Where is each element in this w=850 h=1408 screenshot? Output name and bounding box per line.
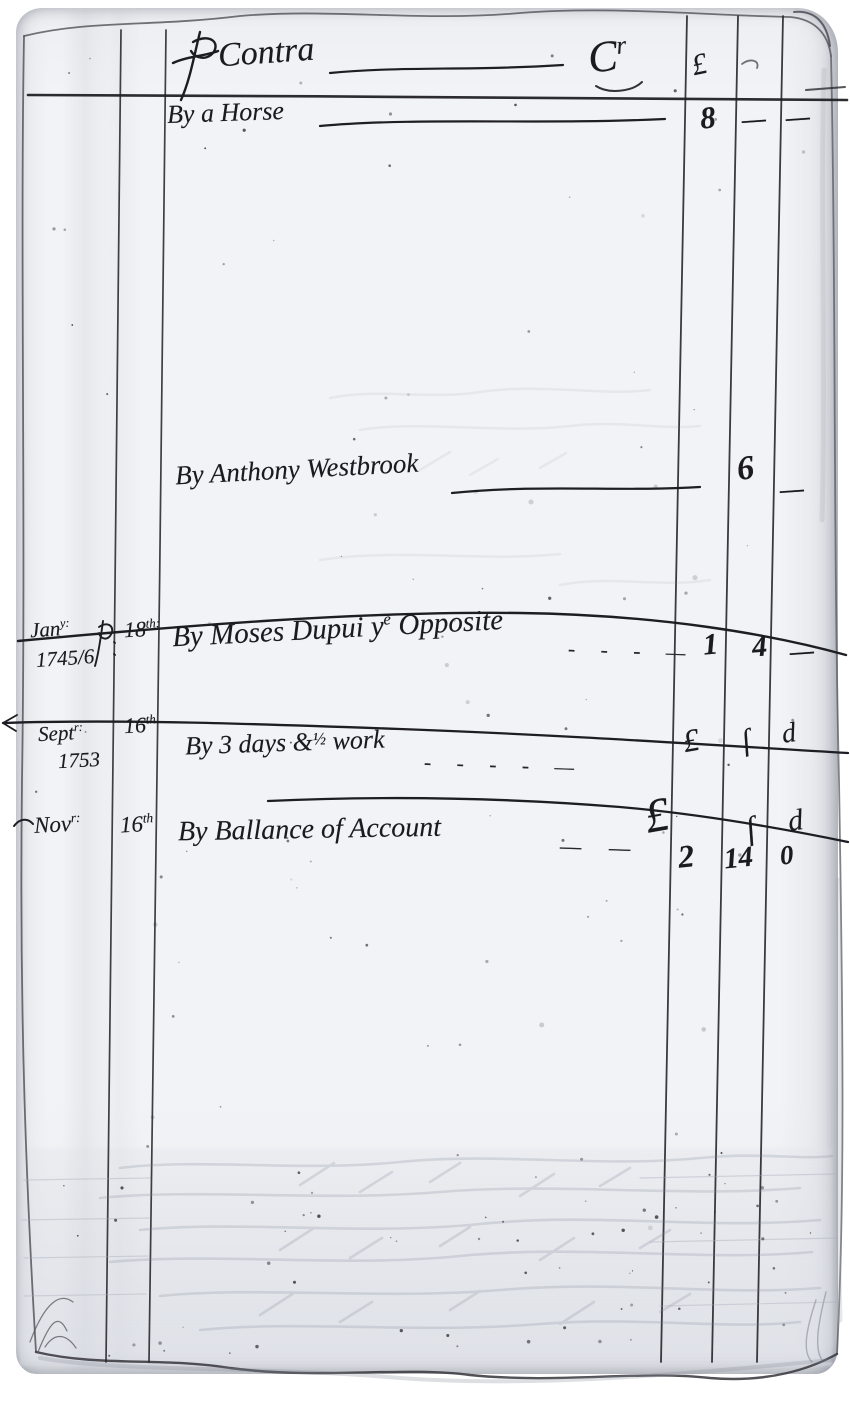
bleed-bottom bbox=[100, 1156, 832, 1330]
entry-text-ballance: By Ballance of Account bbox=[178, 814, 442, 847]
corner-curl-topright bbox=[794, 12, 830, 46]
date-superscript: r: bbox=[70, 810, 80, 825]
amount-pence-westbrook: — bbox=[779, 477, 804, 503]
rule-money-col-3 bbox=[757, 16, 783, 1362]
entry-year-dupui: 1745/6 bbox=[35, 646, 95, 671]
small-curl-mark-icon bbox=[742, 61, 758, 68]
amount-pence-ballance: 0 bbox=[779, 841, 795, 869]
entry-year-sept: 1753 bbox=[57, 749, 100, 772]
day-number: 18 bbox=[123, 616, 146, 642]
amount-shillings-ballance: 14 bbox=[723, 843, 755, 875]
entry-day-sept: 16th bbox=[123, 713, 156, 737]
day-number: 16 bbox=[119, 811, 143, 837]
fill-line-contra bbox=[330, 65, 563, 73]
page-edge-top bbox=[24, 10, 831, 56]
amount-pence-dupui: — bbox=[789, 639, 814, 665]
rule-money-col-2 bbox=[712, 16, 738, 1362]
rule-day-col-left bbox=[106, 30, 121, 1362]
entry-date-nov: Novr: bbox=[33, 811, 81, 837]
entry-part-b: Opposite bbox=[390, 604, 503, 642]
date-superscript: y: bbox=[59, 616, 69, 631]
entry-day-dupui: 18th: bbox=[123, 617, 160, 641]
edge-streak-right-2 bbox=[838, 880, 840, 1320]
per-contra-symbol-icon bbox=[173, 32, 218, 100]
header-rule bbox=[28, 95, 847, 100]
date-month: Nov bbox=[33, 811, 71, 838]
entry-date-sept: Septr: bbox=[37, 721, 83, 745]
header-cr-label: Cr bbox=[586, 32, 630, 81]
trail-dashes-days-work: - - - - — bbox=[424, 751, 585, 779]
bleed-midpage bbox=[320, 389, 710, 585]
entry-day-nov: 16th bbox=[119, 811, 154, 836]
trail-dashes-ballance: — — bbox=[560, 835, 642, 862]
rule-day-col-right bbox=[149, 30, 166, 1362]
trail-dashes-dupui: - - - — bbox=[568, 638, 696, 664]
jan-per-glyph bbox=[95, 621, 115, 666]
day-superscript: th: bbox=[145, 616, 160, 631]
entry-date-dupui: Jany: bbox=[29, 617, 70, 642]
amount-pence-horse: — bbox=[785, 105, 810, 131]
entry-text-days-work: By 3 days &½ work bbox=[185, 727, 385, 760]
entry-text-horse: By a Horse bbox=[167, 98, 285, 128]
date-superscript: r: bbox=[74, 720, 84, 734]
header-contra-label: Contra bbox=[217, 33, 315, 74]
amount-shillings-horse: — bbox=[741, 107, 766, 133]
edge-streak-right-1 bbox=[822, 70, 824, 520]
date-month: Sept bbox=[37, 720, 74, 746]
amount-shillings-dupui: 4 bbox=[751, 631, 769, 662]
scribble-bottom-left bbox=[30, 1298, 76, 1352]
cr-flourish bbox=[596, 82, 642, 91]
amount-pounds-horse: 8 bbox=[698, 101, 717, 133]
amount-pounds-dupui: 1 bbox=[702, 629, 720, 660]
amount-pounds-ballance: 2 bbox=[676, 839, 695, 872]
ledger-scan: Contra Cr £ By a Horse 8 — — By Anthony … bbox=[0, 0, 850, 1408]
nov-squiggle bbox=[14, 820, 33, 826]
day-superscript: th bbox=[142, 810, 153, 826]
page-edge-left bbox=[21, 36, 36, 1352]
fill-line-westbrook bbox=[452, 487, 700, 493]
entry-part-b: work bbox=[326, 725, 385, 756]
entry-fraction: ½ bbox=[312, 728, 326, 748]
date-month: Jan bbox=[29, 616, 61, 642]
page-ruling-artwork bbox=[0, 0, 850, 1408]
entry-part-a: By 3 days & bbox=[185, 727, 314, 760]
fill-line-horse bbox=[320, 119, 665, 126]
day-number: 16 bbox=[123, 712, 146, 738]
day-superscript: th bbox=[145, 712, 156, 727]
